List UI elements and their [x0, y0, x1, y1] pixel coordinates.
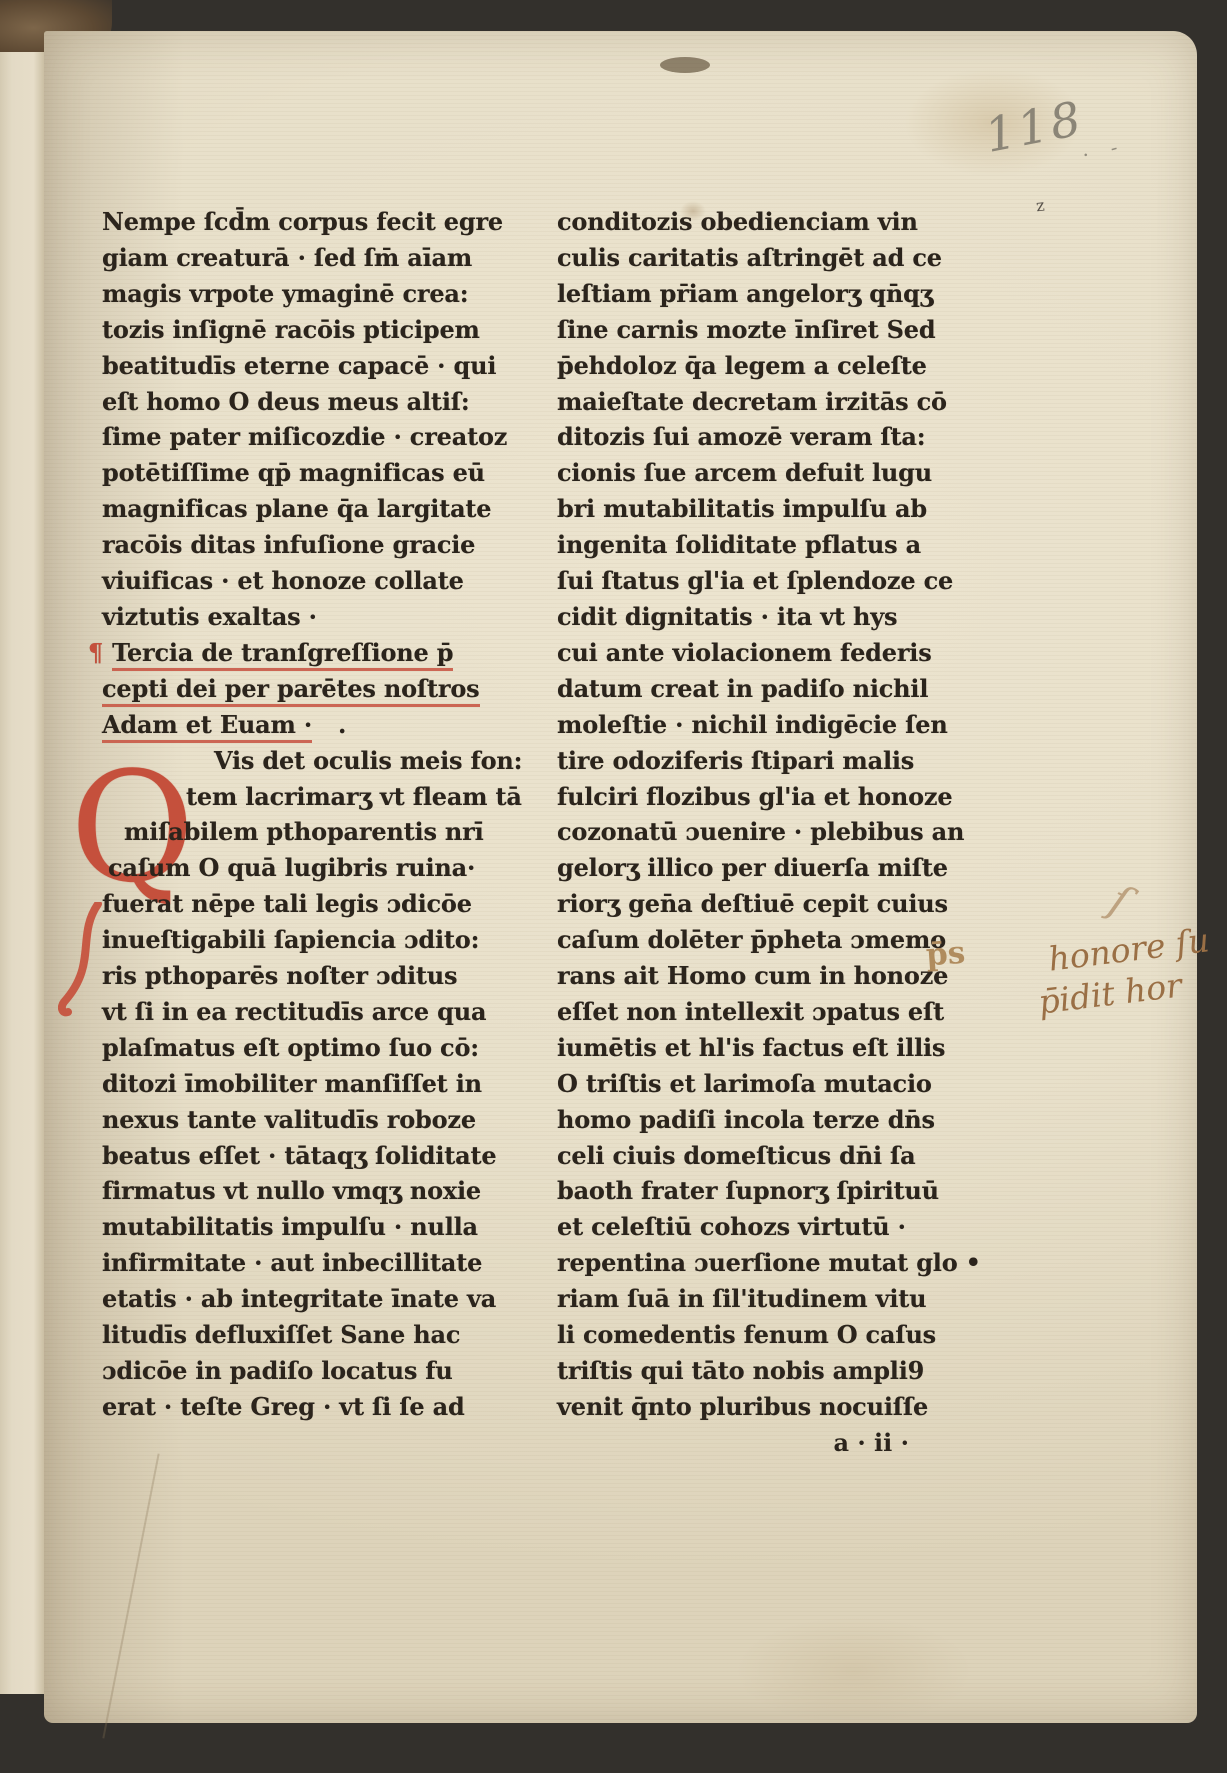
text-line: et celeſtiū cohozs virtutū ·: [557, 1209, 909, 1245]
text-line: datum creat in padiſo nichil: [557, 671, 909, 707]
text-line: conditozis obedienciam vin: [557, 204, 909, 240]
text-line: moleſtie · nichil indigēcie ſen: [557, 707, 909, 743]
text-line: cui ante violacionem federis: [557, 635, 909, 671]
paper-stain: [734, 1616, 974, 1726]
text-line: magnificas plane q̄a largitate: [102, 491, 490, 527]
text-line: etatis · ab integritate īnate va: [102, 1281, 490, 1317]
text-line: beatus eſſet · tātaqʒ ſoliditate: [102, 1138, 490, 1174]
text-line: eſt homo O deus meus altiſ:: [102, 384, 490, 420]
signature-mark: a · ii ·: [557, 1428, 909, 1457]
text-line: viuificas · et honoze collate: [102, 563, 490, 599]
text-line: nexus tante valitudīs roboze: [102, 1102, 490, 1138]
rubric-underlined-text: cepti dei per parētes noſtros: [102, 674, 480, 707]
text-line: vt ſi in ea rectitudīs arce qua: [102, 994, 490, 1030]
text-line: infirmitate · aut inbecillitate: [102, 1245, 490, 1281]
text-line: riam ſuā in ſil'itudinem vitu: [557, 1281, 909, 1317]
right-text-column: conditozis obedienciam vin culis caritat…: [557, 204, 909, 1425]
margin-note-ps: p̄s: [925, 935, 967, 974]
text-line: leſtiam pr̄iam angelorʒ qn̄qʒ: [557, 276, 909, 312]
pilcrow-mark: ¶: [88, 638, 103, 667]
text-line: tire odoziferis ſtipari malis: [557, 743, 909, 779]
text-line: iumētis et hl'is factus eſt illis: [557, 1030, 909, 1066]
text-line: racōis ditas infuſione gracie: [102, 527, 490, 563]
text-line: riorʒ gen̄a deſtiuē cepit cuius: [557, 886, 909, 922]
previous-page-edge: [0, 52, 50, 1694]
rubric-line: cepti dei per parētes noſtros: [102, 671, 490, 707]
text-line: tem lacrimarʒ vt fleam tā: [102, 779, 490, 815]
text-line: magis vrpote ymaginē crea:: [102, 276, 490, 312]
rubric-underlined-text: Adam et Euam ·: [102, 710, 312, 743]
text-line: tozis inſignē racōis pticipem: [102, 312, 490, 348]
text-line: caſum O quā lugibris ruina·: [102, 850, 490, 886]
text-line: miſabilem pthoparentis nrī: [102, 814, 490, 850]
text-line: cionis ſue arcem defuit lugu: [557, 455, 909, 491]
scanned-book-page: 118 · ‐ z Q Nempe ſcd̄m corpus fecit egr…: [0, 0, 1227, 1773]
text-line: ſime pater miſicozdie · creatoz: [102, 419, 490, 455]
text-line: inueſtigabili ſapiencia ɔdito:: [102, 922, 490, 958]
text-line: p̄ehdoloz q̄a legem a celeſte: [557, 348, 909, 384]
text-line: venit q̄nto pluribus nocuiſſe: [557, 1389, 909, 1425]
text-line: eſſet non intellexit ɔpatus eſt: [557, 994, 909, 1030]
paper-crease: [102, 1453, 159, 1738]
rubric-line: ¶Tercia de tranſgreſſione p̄: [102, 635, 490, 671]
text-line: O triſtis et larimoſa mutacio: [557, 1066, 909, 1102]
text-line: ſine carnis mozte īnſiret Sed: [557, 312, 909, 348]
text-line: plaſmatus eſt optimo ſuo cō:: [102, 1030, 490, 1066]
rubric-line: Adam et Euam ·.: [102, 707, 490, 743]
text-line: rans ait Homo cum in honoze: [557, 958, 909, 994]
text-line: ditozis ſui amozē veram ſta:: [557, 419, 909, 455]
text-line: ſui ſtatus gl'ia et ſplendoze ce: [557, 563, 909, 599]
left-text-column: Nempe ſcd̄m corpus fecit egre giam creat…: [102, 204, 490, 1425]
rubric-underlined-text: Tercia de tranſgreſſione p̄: [112, 638, 453, 671]
trailing-dot: .: [338, 710, 346, 739]
text-line: potētiſſime qp̄ magnificas eū: [102, 455, 490, 491]
text-line: homo padiſi incola terze dn̄s: [557, 1102, 909, 1138]
text-line: li comedentis fenum O caſus: [557, 1317, 909, 1353]
text-line: bri mutabilitatis impulſu ab: [557, 491, 909, 527]
text-line: mutabilitatis impulſu · nulla: [102, 1209, 490, 1245]
text-line: maieſtate decretam irzitās cō: [557, 384, 909, 420]
text-line: Nempe ſcd̄m corpus fecit egre: [102, 204, 490, 240]
text-line: caſum dolēter p̄pheta ɔmemo: [557, 922, 909, 958]
text-line: ditozi īmobiliter manſiſſet in: [102, 1066, 490, 1102]
text-line: fuerat nēpe tali legis ɔdicōe: [102, 886, 490, 922]
text-line: viztutis exaltas ·: [102, 599, 490, 635]
text-line: celi ciuis domeſticus dn̄i ſa: [557, 1138, 909, 1174]
text-line: ris pthoparēs noſter ɔditus: [102, 958, 490, 994]
text-line: ɔdicōe in padiſo locatus fu: [102, 1353, 490, 1389]
text-line: giam creaturā · ſed ſm̄ aīam: [102, 240, 490, 276]
text-line: litudīs defluxiſſet Sane hac: [102, 1317, 490, 1353]
text-line: cozonatū ɔuenire · plebibus an: [557, 814, 909, 850]
text-line: culis caritatis aſtringēt ad ce: [557, 240, 909, 276]
text-line: beatitudīs eterne capacē · qui: [102, 348, 490, 384]
text-line: Vis det oculis meis fon:: [102, 743, 490, 779]
text-line: fulciri flozibus gl'ia et honoze: [557, 779, 909, 815]
text-line: erat · teſte Greg · vt ſi ſe ad: [102, 1389, 490, 1425]
text-line: firmatus vt nullo vmqʒ noxie: [102, 1173, 490, 1209]
text-line: ingenita ſoliditate pflatus a: [557, 527, 909, 563]
text-line: repentina ɔuerſione mutat glo •: [557, 1245, 909, 1281]
text-line: gelorʒ illico per diuerſa miſte: [557, 850, 909, 886]
text-line: baoth frater ſupnorʒ ſpirituū: [557, 1173, 909, 1209]
text-line: cidit dignitatis · ita vt hys: [557, 599, 909, 635]
text-line: triſtis qui tāto nobis ampli9: [557, 1353, 909, 1389]
paper-stain: [660, 57, 710, 73]
